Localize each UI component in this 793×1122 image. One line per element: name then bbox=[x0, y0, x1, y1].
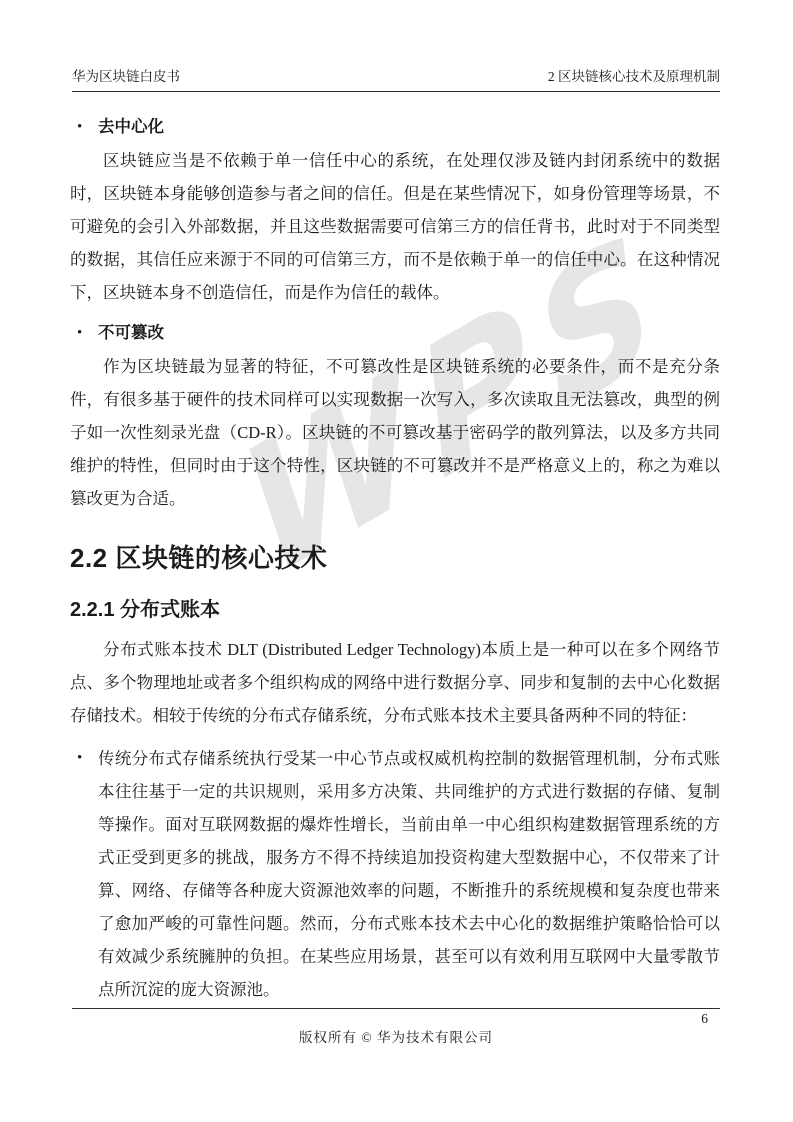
list-item-immutability: • 不可篡改 bbox=[70, 317, 720, 350]
page-body: • 去中心化 区块链应当是不依赖于单一信任中心的系统，在处理仅涉及链内封闭系统中… bbox=[70, 103, 720, 1006]
page-number: 6 bbox=[72, 1009, 720, 1029]
header-chapter-title: 2 区块链核心技术及原理机制 bbox=[548, 68, 720, 86]
page-footer: 6 版权所有 © 华为技术有限公司 bbox=[72, 1008, 720, 1046]
bullet-icon: • bbox=[70, 111, 98, 144]
list-item-traditional-storage: • 传统分布式存储系统执行受某一中心节点或权威机构控制的数据管理机制，分布式账本… bbox=[70, 742, 720, 1006]
list-item-title: 去中心化 bbox=[98, 111, 164, 144]
list-item-decentralization: • 去中心化 bbox=[70, 111, 720, 144]
subsection-heading-distributed-ledger: 2.2.1 分布式账本 bbox=[70, 595, 720, 625]
bullet-icon: • bbox=[70, 317, 98, 350]
document-page: WPS 华为区块链白皮书 2 区块链核心技术及原理机制 • 去中心化 区块链应当… bbox=[0, 0, 793, 1122]
paragraph-distributed-ledger-intro: 分布式账本技术 DLT (Distributed Ledger Technolo… bbox=[70, 633, 720, 732]
section-heading-core-technologies: 2.2 区块链的核心技术 bbox=[70, 541, 720, 575]
paragraph-decentralization: 区块链应当是不依赖于单一信任中心的系统，在处理仅涉及链内封闭系统中的数据时，区块… bbox=[70, 144, 720, 309]
bullet-icon: • bbox=[70, 742, 98, 1006]
paragraph-immutability: 作为区块链最为显著的特征，不可篡改性是区块链系统的必要条件，而不是充分条件，有很… bbox=[70, 350, 720, 515]
header-document-title: 华为区块链白皮书 bbox=[72, 68, 180, 86]
page-header: 华为区块链白皮书 2 区块链核心技术及原理机制 bbox=[72, 68, 720, 92]
list-item-title: 不可篡改 bbox=[98, 317, 164, 350]
list-item-text: 传统分布式存储系统执行受某一中心节点或权威机构控制的数据管理机制，分布式账本往往… bbox=[98, 742, 720, 1006]
copyright-notice: 版权所有 © 华为技术有限公司 bbox=[72, 1029, 720, 1046]
